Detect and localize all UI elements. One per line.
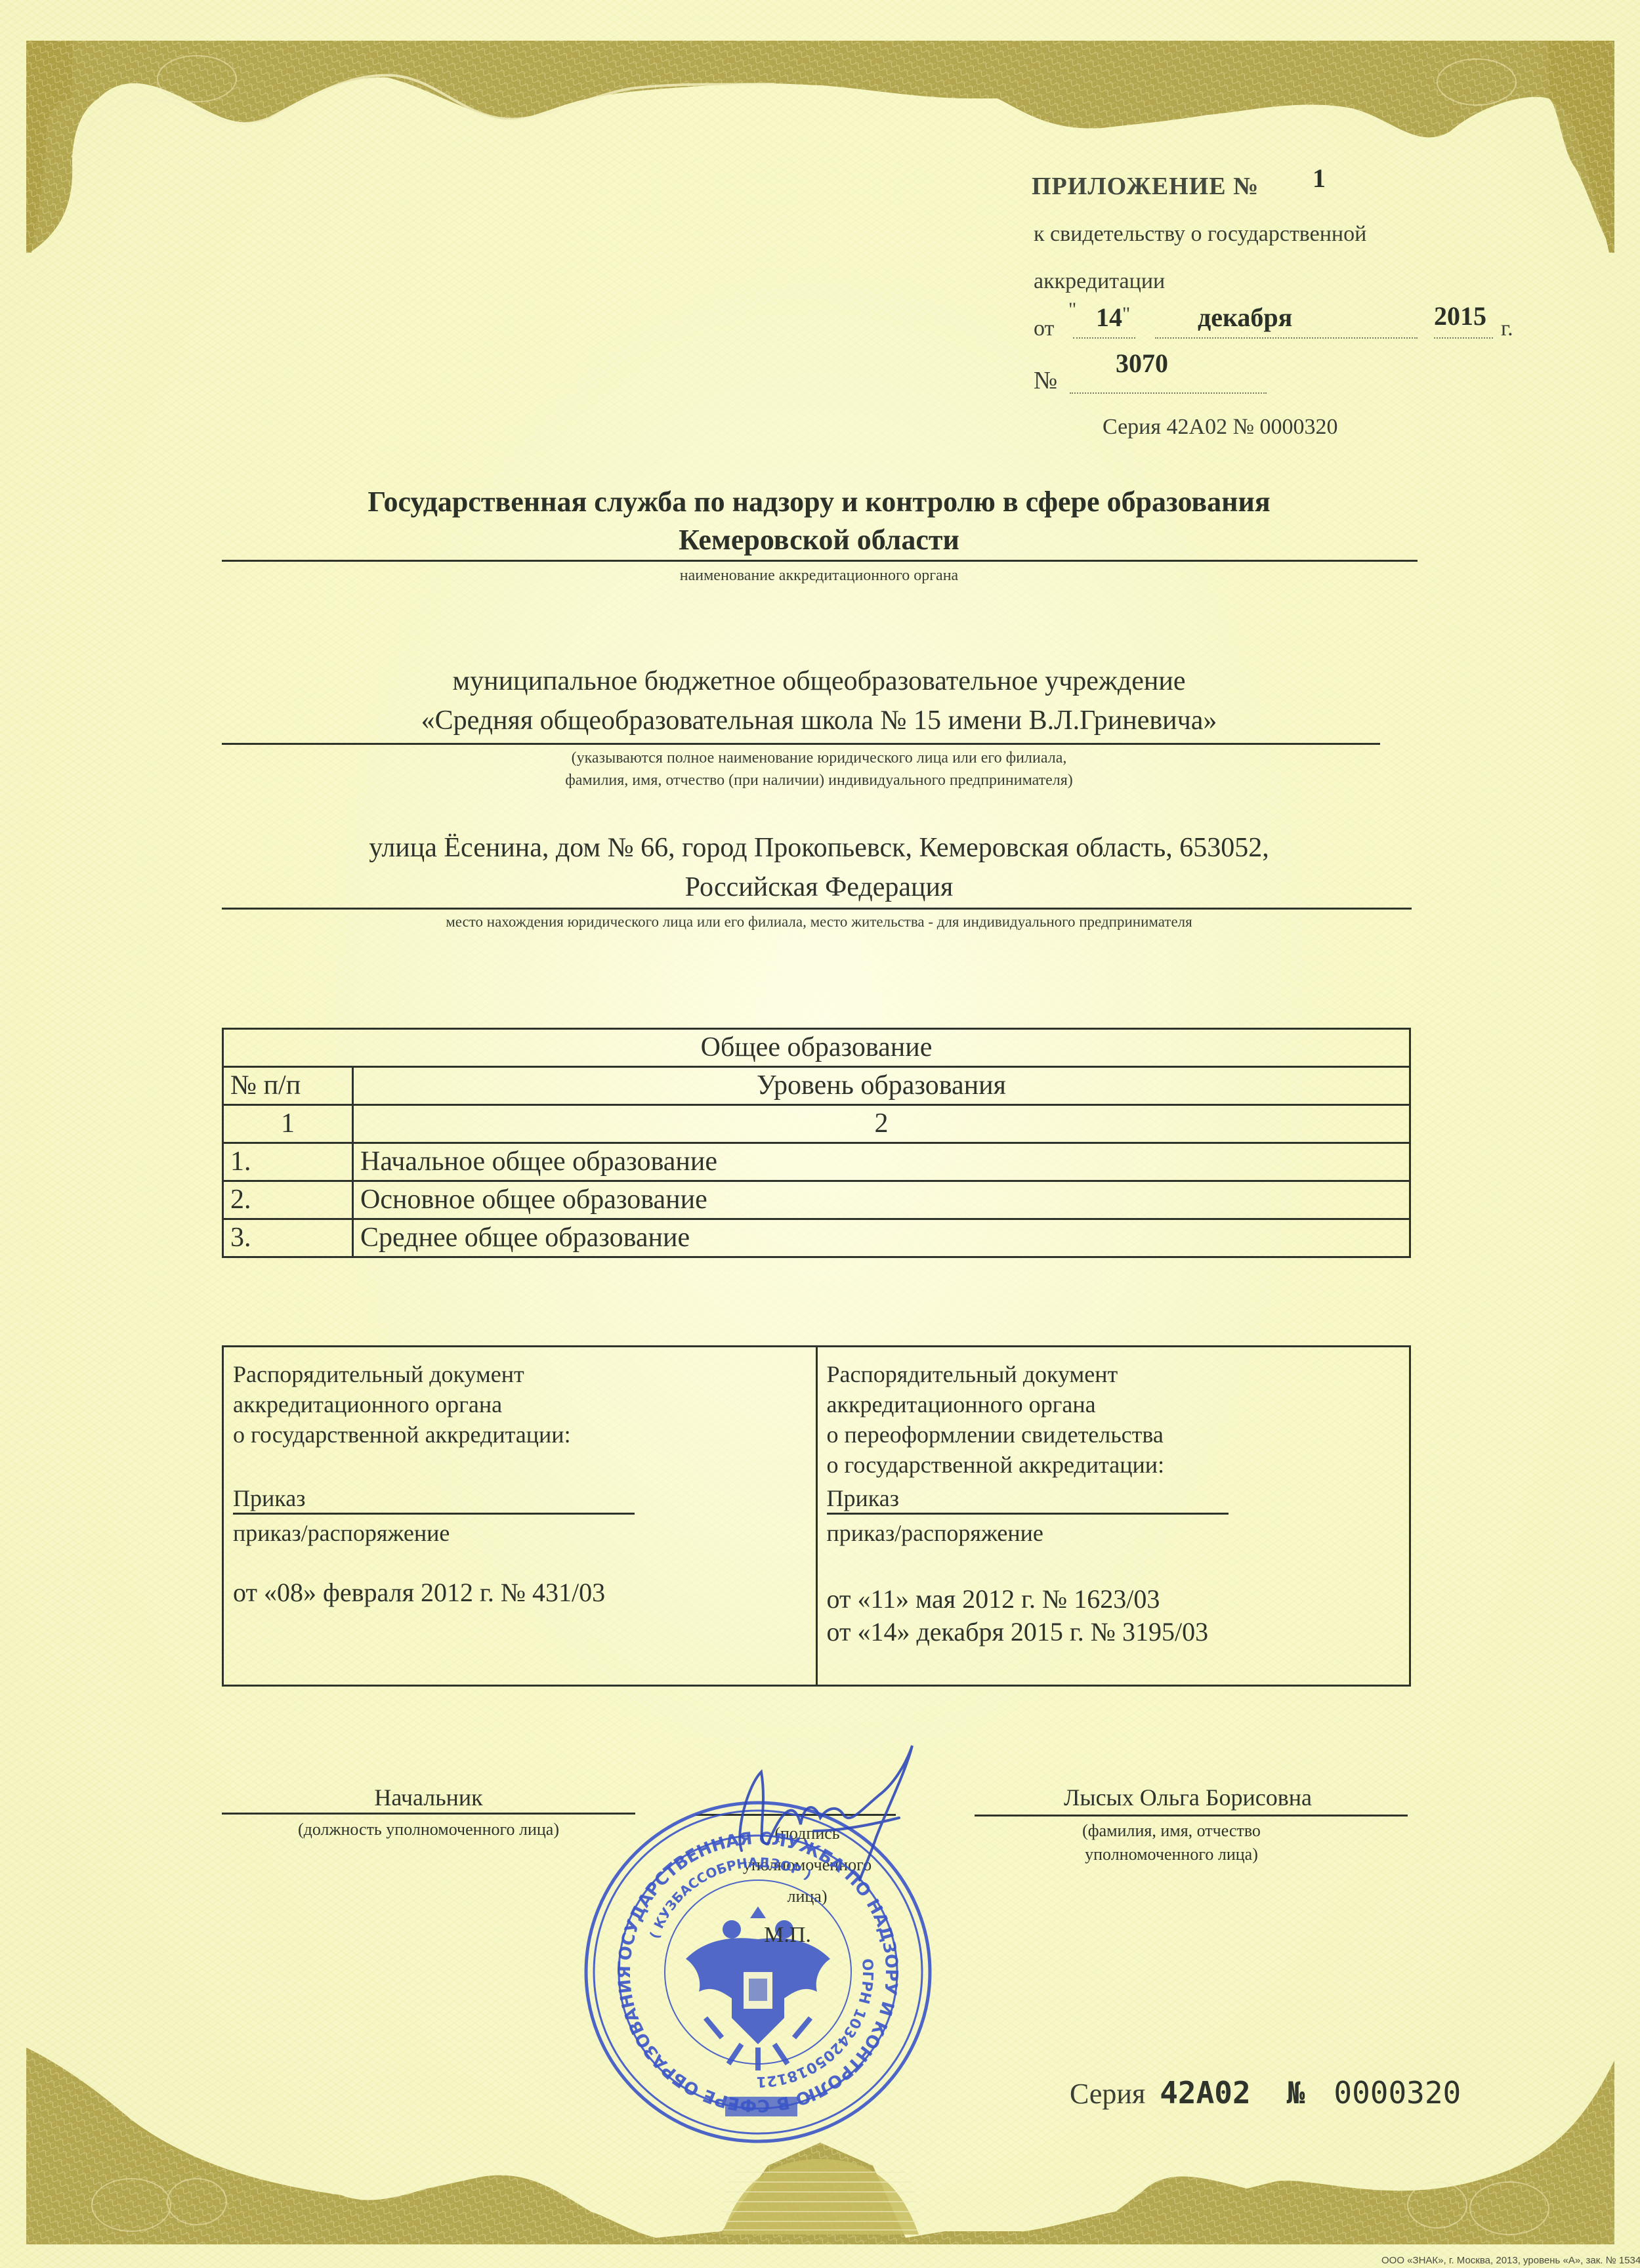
- address-line1: улица Ёсенина, дом № 66, город Прокопьев…: [222, 828, 1416, 868]
- orders-box: Распорядительный документ аккредитационн…: [222, 1345, 1411, 1687]
- position-caption: (должность уполномоченного лица): [222, 1818, 635, 1841]
- name-caption: (фамилия, имя, отчество уполномоченного …: [975, 1819, 1368, 1866]
- row-level: Среднее общее образование: [353, 1219, 1410, 1257]
- row-number: 2.: [223, 1181, 353, 1219]
- date-month: декабря: [1198, 302, 1292, 333]
- row-level: Начальное общее образование: [353, 1143, 1410, 1181]
- order-heading-line: Распорядительный документ: [233, 1359, 807, 1389]
- table-row: 1. Начальное общее образование: [223, 1143, 1410, 1181]
- table-title: Общее образование: [223, 1029, 1410, 1067]
- row-number: 3.: [223, 1219, 353, 1257]
- date-prefix: от: [1034, 316, 1054, 341]
- organization-caption-line1: (указываются полное наименование юридиче…: [222, 747, 1416, 769]
- column-number-2: 2: [353, 1105, 1410, 1143]
- order-type: Приказ: [827, 1484, 1229, 1515]
- date-open-quote: ": [1068, 299, 1076, 321]
- order-reference: от «14» декабря 2015 г. № 3195/03: [827, 1615, 1209, 1649]
- authority-name: Государственная служба по надзору и конт…: [222, 483, 1416, 559]
- authority-caption: наименование аккредитационного органа: [222, 564, 1416, 587]
- date-close-quote: ": [1122, 303, 1130, 325]
- printer-imprint: ООО «ЗНАК», г. Москва, 2013, уровень «А»…: [1381, 2255, 1640, 2266]
- footer-series-label: Серия: [1070, 2078, 1145, 2110]
- date-day: 14: [1096, 302, 1122, 333]
- organization-name-line2: «Средняя общеобразовательная школа № 15 …: [222, 701, 1416, 740]
- date-year: 2015: [1434, 301, 1486, 331]
- appendix-number: 1: [1313, 163, 1326, 194]
- date-suffix: г.: [1501, 316, 1513, 341]
- certificate-number: 3070: [1116, 348, 1168, 379]
- order-heading-line: аккредитационного органа: [827, 1389, 1400, 1419]
- accreditation-order: Распорядительный документ аккредитационн…: [224, 1347, 816, 1685]
- name-caption-line: уполномоченного лица): [975, 1843, 1368, 1866]
- authority-rule: [222, 560, 1418, 562]
- row-number: 1.: [223, 1143, 353, 1181]
- address-rule: [222, 908, 1412, 910]
- appendix-label: ПРИЛОЖЕНИЕ №: [1032, 172, 1259, 201]
- signer-name: Лысых Ольга Борисовна: [971, 1784, 1404, 1811]
- organization-caption-line2: фамилия, имя, отчество (при наличии) инд…: [222, 769, 1416, 791]
- address: улица Ёсенина, дом № 66, город Прокопьев…: [222, 828, 1416, 907]
- education-levels-table: Общее образование № п/п Уровень образова…: [222, 1028, 1411, 1258]
- date-month-underline: [1155, 337, 1418, 339]
- table-column-numbers-row: 1 2: [223, 1105, 1410, 1143]
- organization-name-line1: муниципальное бюджетное общеобразователь…: [222, 661, 1416, 701]
- organization-rule: [222, 743, 1380, 745]
- organization-caption: (указываются полное наименование юридиче…: [222, 747, 1416, 791]
- order-heading-line: аккредитационного органа: [233, 1389, 807, 1419]
- header-level: Уровень образования: [353, 1067, 1410, 1105]
- reissue-order: Распорядительный документ аккредитационн…: [816, 1347, 1410, 1685]
- name-rule: [975, 1815, 1408, 1816]
- order-reference: от «08» февраля 2012 г. № 431/03: [233, 1576, 605, 1610]
- order-heading-line: Распорядительный документ: [827, 1359, 1400, 1389]
- order-heading-line: о государственной аккредитации:: [233, 1419, 807, 1450]
- footer-series-value: 42А02: [1160, 2075, 1250, 2110]
- organization-name: муниципальное бюджетное общеобразователь…: [222, 661, 1416, 740]
- position-rule: [222, 1813, 635, 1815]
- header-number: № п/п: [223, 1067, 353, 1105]
- order-type: Приказ: [233, 1484, 635, 1515]
- order-heading: Распорядительный документ аккредитационн…: [233, 1359, 807, 1450]
- authority-name-line2: Кемеровской области: [222, 521, 1416, 559]
- date-day-underline: [1073, 337, 1135, 339]
- order-type-caption: приказ/распоряжение: [233, 1519, 450, 1547]
- order-heading-line: о государственной аккредитации:: [827, 1450, 1400, 1480]
- signer-position: Начальник: [222, 1784, 635, 1811]
- order-heading-line: о переоформлении свидетельства: [827, 1419, 1400, 1450]
- column-number-1: 1: [223, 1105, 353, 1143]
- order-heading: Распорядительный документ аккредитационн…: [827, 1359, 1400, 1480]
- order-reference: от «11» мая 2012 г. № 1623/03: [827, 1582, 1160, 1616]
- footer-number-sign: №: [1287, 2075, 1305, 2110]
- table-row: 2. Основное общее образование: [223, 1181, 1410, 1219]
- authority-name-line1: Государственная служба по надзору и конт…: [222, 483, 1416, 521]
- order-type-caption: приказ/распоряжение: [827, 1519, 1043, 1547]
- series-top: Серия 42А02 № 0000320: [1103, 415, 1338, 440]
- number-prefix: №: [1034, 366, 1057, 395]
- footer-series: Серия 42А02 № 0000320: [1070, 2075, 1461, 2110]
- address-caption: место нахождения юридического лица или е…: [222, 911, 1416, 933]
- handwritten-signature-icon: [728, 1732, 938, 1890]
- seal-placeholder-label: М.П.: [755, 1923, 820, 1948]
- table-row: 3. Среднее общее образование: [223, 1219, 1410, 1257]
- name-caption-line: (фамилия, имя, отчество: [975, 1819, 1368, 1843]
- table-header-row: № п/п Уровень образования: [223, 1067, 1410, 1105]
- row-level: Основное общее образование: [353, 1181, 1410, 1219]
- footer-number-value: 0000320: [1334, 2075, 1461, 2110]
- appendix-line1: к свидетельству о государственной: [1034, 222, 1366, 247]
- date-year-underline: [1434, 337, 1493, 339]
- number-underline: [1070, 392, 1267, 394]
- appendix-line2: аккредитации: [1034, 269, 1165, 294]
- address-line2: Российская Федерация: [222, 868, 1416, 907]
- table-title-row: Общее образование: [223, 1029, 1410, 1067]
